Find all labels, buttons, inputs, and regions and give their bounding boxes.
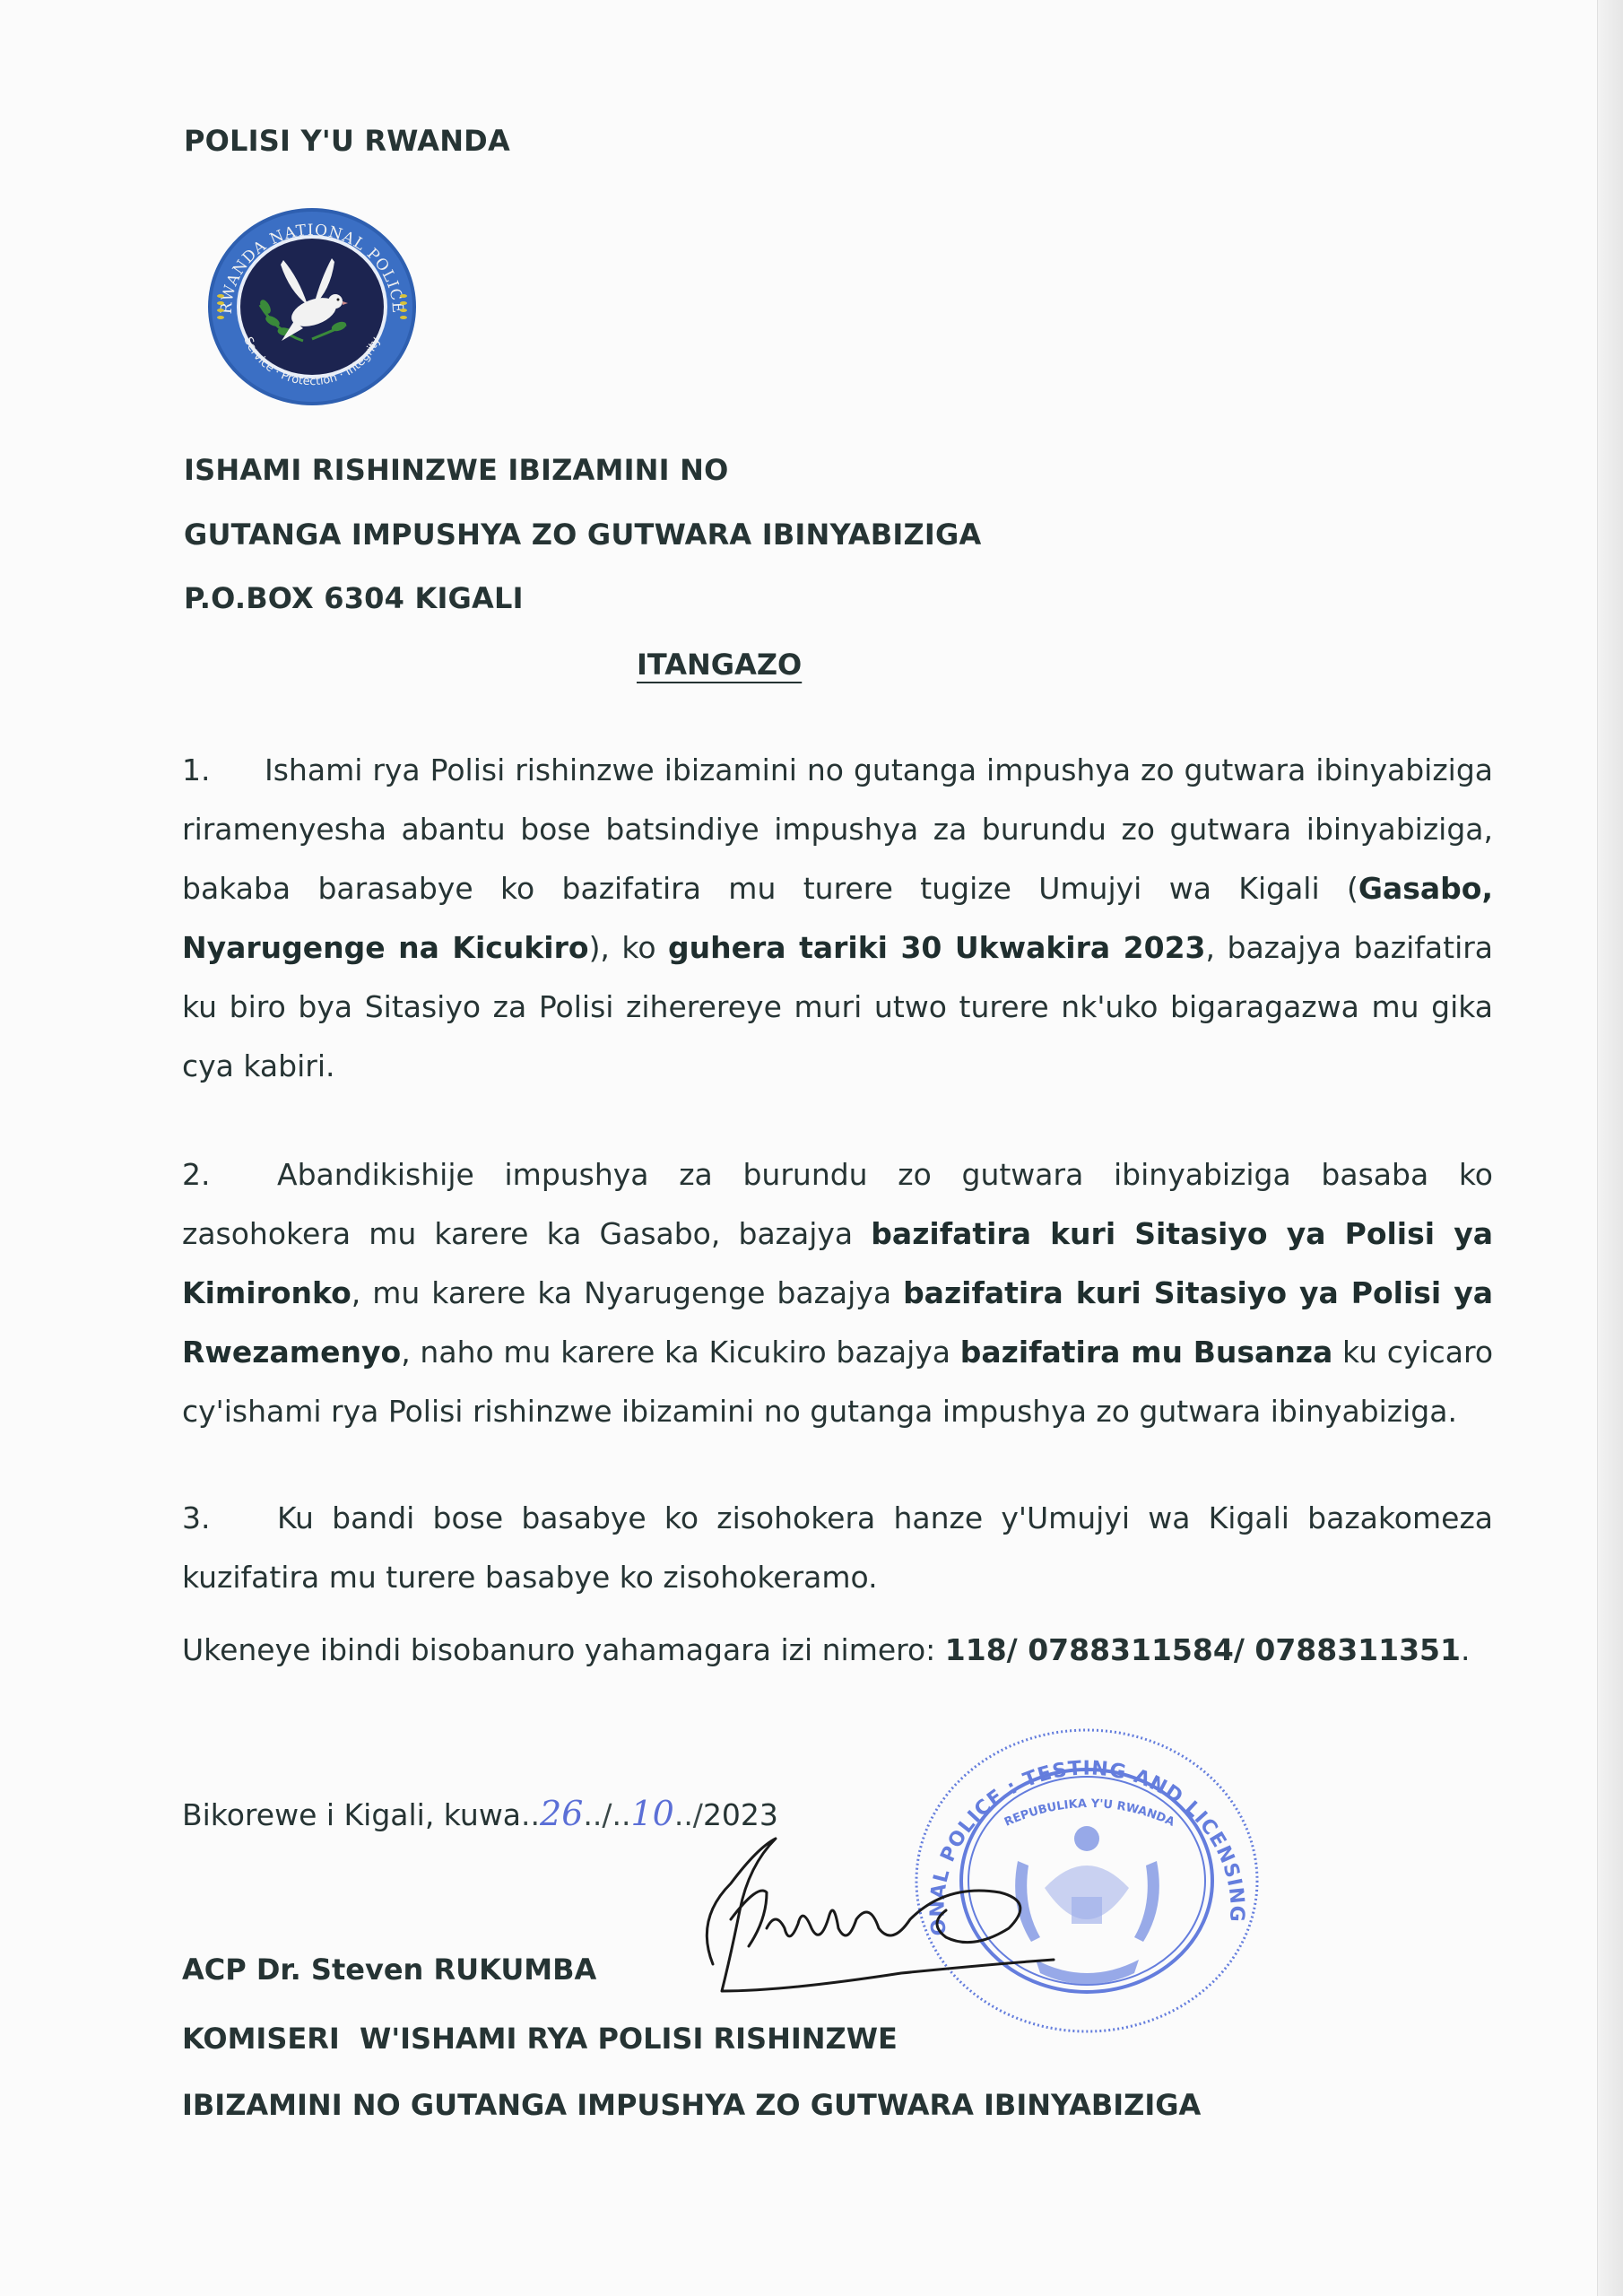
paragraph-3: 3.Ku bandi bose basabye ko zisohokera ha… [182, 1489, 1493, 1607]
rwanda-national-police-emblem-icon: RWANDA NATIONAL POLICE Service · Protect… [204, 206, 420, 408]
document-title: ITANGAZO [637, 648, 802, 682]
paragraph-number: 1. [182, 741, 265, 800]
paragraph-1: 1.Ishami rya Polisi rishinzwe ibizamini … [182, 741, 1493, 1096]
emphasis-text: guhera tariki 30 Ukwakira 2023 [668, 930, 1205, 965]
department-name-line-2: GUTANGA IMPUSHYA ZO GUTWARA IBINYABIZIGA [184, 517, 981, 552]
body-text: , naho mu karere ka Kicukiro bazajya [401, 1335, 960, 1370]
body-text: ), ko [589, 930, 668, 965]
emphasis-text: bazifatira mu Busanza [960, 1335, 1333, 1370]
contact-line: Ukeneye ibindi bisobanuro yahamagara izi… [182, 1632, 1470, 1667]
postal-address: P.O.BOX 6304 KIGALI [184, 581, 524, 615]
date-month-handwritten: 10 [630, 1794, 673, 1833]
body-text: , mu karere ka Nyarugenge bazajya [352, 1275, 903, 1310]
contact-end: . [1461, 1632, 1471, 1667]
signer-title-line-1: KOMISERI W'ISHAMI RYA POLISI RISHINZWE [182, 2022, 898, 2056]
body-text: Ishami rya Polisi rishinzwe ibizamini no… [182, 752, 1493, 906]
paragraph-number: 3. [182, 1489, 277, 1548]
paragraph-number: 2. [182, 1145, 277, 1205]
handwritten-signature [677, 1812, 1125, 2000]
scan-page-edge [1597, 0, 1623, 2296]
signer-name: ACP Dr. Steven RUKUMBA [182, 1952, 596, 1987]
body-text: Ku bandi bose basabye ko zisohokera hanz… [182, 1500, 1493, 1595]
department-name-line-1: ISHAMI RISHINZWE IBIZAMINI NO [184, 453, 729, 487]
signer-title-line-2: IBIZAMINI NO GUTANGA IMPUSHYA ZO GUTWARA… [182, 2088, 1201, 2122]
organization-name: POLISI Y'U RWANDA [184, 124, 510, 158]
contact-label: Ukeneye ibindi bisobanuro yahamagara izi… [182, 1632, 945, 1667]
date-prefix: Bikorewe i Kigali, kuwa [182, 1797, 521, 1832]
paragraph-2: 2.Abandikishije impushya za burundu zo g… [182, 1145, 1493, 1441]
date-day-handwritten: 26 [540, 1794, 583, 1833]
contact-numbers: 118/ 0788311584/ 0788311351 [945, 1632, 1461, 1667]
